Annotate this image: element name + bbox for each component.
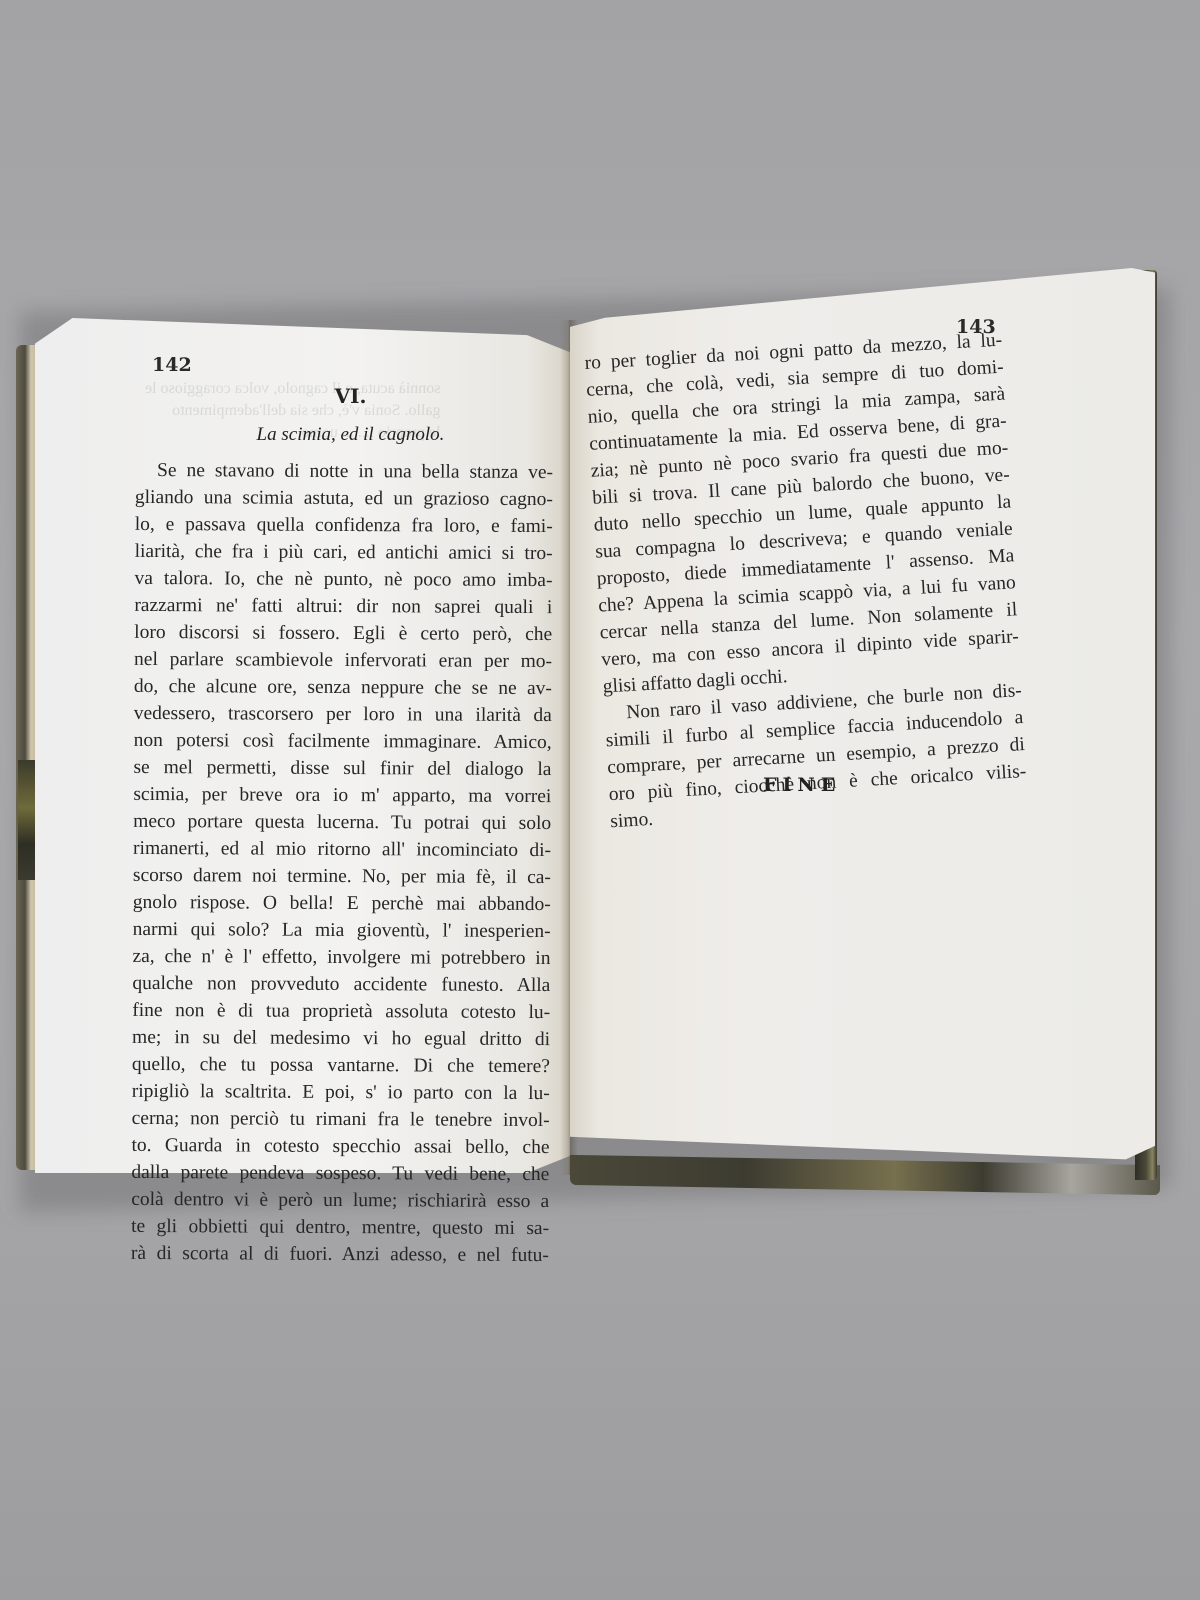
text-line: loro discorsi si fossero. Egli è certo p… (134, 619, 552, 648)
text-line: liarità, che fra i più cari, ed antichi … (135, 538, 553, 567)
text-line: to. Guarda in cotesto specchio assai bel… (131, 1132, 549, 1161)
text-line: scorso darem noi termine. No, per mia fè… (133, 862, 551, 891)
end-mark: FINE (763, 774, 841, 796)
chapter-number: VI. (83, 384, 618, 408)
text-line: za, che n' è l' effetto, involgere mi po… (132, 943, 550, 972)
text-line: gliando una scimia astuta, ed un grazios… (135, 484, 553, 513)
text-line: vedessero, trascorsero per loro in una i… (134, 700, 552, 729)
text-line: do, che alcune ore, senza neppure che se… (134, 673, 552, 702)
text-line: fine non è di tua proprietà assoluta cot… (132, 997, 550, 1026)
text-line: cerna; non perciò tu rimani fra le teneb… (132, 1105, 550, 1134)
photo-scene: sonnià acuta, o il cagnolo, volca coragg… (0, 0, 1200, 1600)
text-line: rà di scorta al di fuori. Anzi adesso, e… (131, 1240, 549, 1269)
text-line: te gli obbietti qui dentro, mentre, ques… (131, 1213, 549, 1242)
text-line: ripigliò la scaltrita. E poi, s' io part… (132, 1078, 550, 1107)
left-page-content: sonnià acuta, o il cagnolo, volca coragg… (35, 318, 570, 1173)
text-line: va talora. Io, che nè punto, nè poco amo… (134, 565, 552, 594)
text-line: lo, e passava quella confidenza fra loro… (135, 511, 553, 540)
text-line: quello, che tu possa vantarne. Di che te… (132, 1051, 550, 1080)
text-line: nel parlare scambievole infervorati eran… (134, 646, 552, 675)
text-line: narmi qui solo? La mia gioventù, l' ines… (133, 916, 551, 945)
chapter-title: La scimia, ed il cagnolo. (83, 424, 618, 446)
text-line: scimia, per breve ora io m' apparto, ma … (133, 781, 551, 810)
text-line: qualche non provveduto accidente funesto… (132, 970, 550, 999)
text-line: dalla parete pendeva sospeso. Tu vedi be… (131, 1159, 549, 1188)
body-text: Se ne stavano di notte in una bella stan… (131, 457, 553, 1269)
body-text: ro per toglier da noi ogni patto da mezz… (584, 327, 1028, 836)
text-line: razzarmi ne' fatti altrui: dir non sapre… (134, 592, 552, 621)
text-line: gnolo rispose. O bella! E perchè mai abb… (133, 889, 551, 918)
text-line: colà dentro vi è però un lume; rischiari… (131, 1186, 549, 1215)
text-line: me; in su del medesimo vi ho egual dritt… (132, 1024, 550, 1053)
text-line: Se ne stavano di notte in una bella stan… (135, 457, 553, 486)
text-line: rimanerti, ed al mio ritorno all' incomi… (133, 835, 551, 864)
text-line: non potersi così facilmente immaginare. … (134, 727, 552, 756)
right-page-content: 143 ro per toglier da noi ogni patto da … (570, 268, 1155, 1173)
page-number: 142 (152, 354, 192, 376)
text-line: se mel permetti, disse sul finir del dia… (133, 754, 551, 783)
text-line: meco portare questa lucerna. Tu potrai q… (133, 808, 551, 837)
